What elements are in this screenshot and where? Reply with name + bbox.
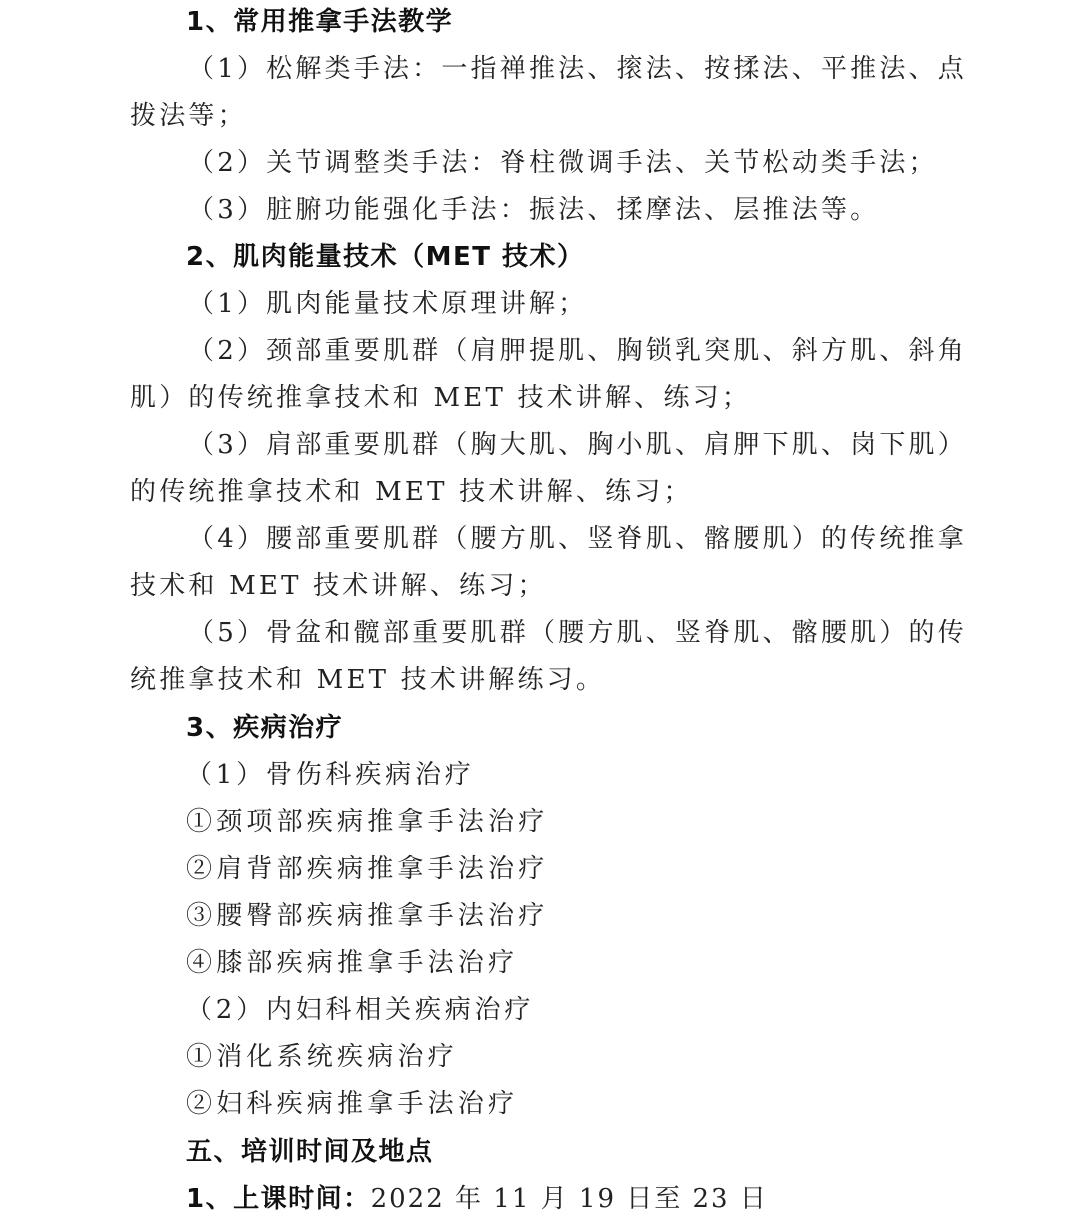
list-item-continuation: 统推拿技术和 MET 技术讲解练习。 [130,662,605,698]
section-heading-2: 2、肌肉能量技术（MET 技术） [186,239,585,275]
list-item-continuation: 拨法等； [130,98,247,134]
list-item: （5）骨盆和髋部重要肌群（腰方肌、竖脊肌、髂腰肌）的传 [188,615,967,651]
list-item: ①颈项部疾病推拿手法治疗 [186,804,548,840]
list-item: ②妇科疾病推拿手法治疗 [186,1086,518,1122]
section-heading-3: 3、疾病治疗 [186,710,343,746]
list-item: ①消化系统疾病治疗 [186,1039,458,1075]
class-time-label: 1、上课时间： [186,1184,371,1214]
list-item: （2）颈部重要肌群（肩胛提肌、胸锁乳突肌、斜方肌、斜角 [188,333,967,369]
list-item: （3）脏腑功能强化手法：振法、揉摩法、层推法等。 [188,192,879,228]
class-time-value: 2022 年 11 月 19 日至 23 日 [371,1184,768,1214]
list-item: （3）肩部重要肌群（胸大肌、胸小肌、肩胛下肌、岗下肌） [188,427,967,463]
section-heading-5: 五、培训时间及地点 [186,1134,434,1170]
list-item: ③腰臀部疾病推拿手法治疗 [186,898,548,934]
list-item-continuation: 肌）的传统推拿技术和 MET 技术讲解、练习； [130,380,751,416]
list-item: （1）肌肉能量技术原理讲解； [188,286,587,322]
list-item: （1）松解类手法：一指禅推法、㨰法、按揉法、平推法、点 [188,51,967,87]
list-item: ④膝部疾病推拿手法治疗 [186,945,518,981]
class-time-line: 1、上课时间：2022 年 11 月 19 日至 23 日 [186,1181,768,1217]
list-item: （2）关节调整类手法：脊柱微调手法、关节松动类手法； [188,145,938,181]
subsection-title: （1）骨伤科疾病治疗 [186,757,475,793]
list-item-continuation: 技术和 MET 技术讲解、练习； [130,568,547,604]
list-item-continuation: 的传统推拿技术和 MET 技术讲解、练习； [130,474,693,510]
subsection-title: （2）内妇科相关疾病治疗 [186,992,534,1028]
list-item: （4）腰部重要肌群（腰方肌、竖脊肌、髂腰肌）的传统推拿 [188,521,967,557]
list-item: ②肩背部疾病推拿手法治疗 [186,851,548,887]
document-page: 1、常用推拿手法教学 （1）松解类手法：一指禅推法、㨰法、按揉法、平推法、点 拨… [0,0,1080,1218]
section-heading-1: 1、常用推拿手法教学 [186,4,453,40]
